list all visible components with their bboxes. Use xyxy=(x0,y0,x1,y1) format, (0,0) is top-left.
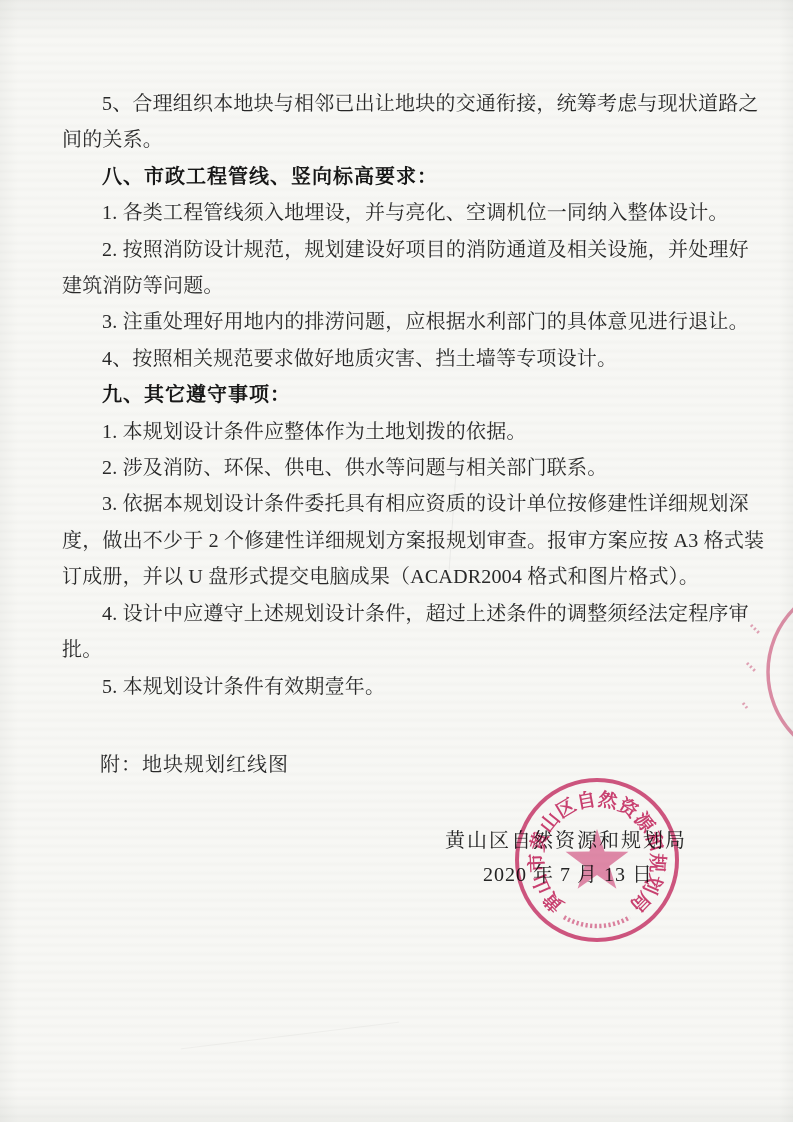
document-body: 5、合理组织本地块与相邻已出让地块的交通衔接，统筹考虑与现状道路之间的关系。八、… xyxy=(62,86,738,705)
seal-ring-char: 市 xyxy=(525,853,549,873)
edge-seal-marks xyxy=(743,625,759,708)
document-line: 3. 依据本规划设计条件委托具有相应资质的设计单位按修建性详细规划深 xyxy=(62,486,738,522)
document-line: 5、合理组织本地块与相邻已出让地块的交通衔接，统筹考虑与现状道路之 xyxy=(62,86,738,122)
document-line: 1. 各类工程管线须入地埋设，并与亮化、空调机位一同纳入整体设计。 xyxy=(62,195,738,231)
document-line: 批。 xyxy=(62,632,738,668)
partial-edge-seal xyxy=(735,575,793,770)
document-line: 间的关系。 xyxy=(62,122,738,158)
document-line: 订成册，并以 U 盘形式提交电脑成果（ACADR2004 格式和图片格式）。 xyxy=(62,559,738,595)
document-line: 2. 涉及消防、环保、供电、供水等问题与相关部门联系。 xyxy=(62,450,738,486)
official-seal: 黄山市黄山区自然资源和规划局 xyxy=(509,772,685,948)
seal-ring-char: 自 xyxy=(575,787,598,813)
scan-crease xyxy=(181,1022,399,1050)
document-line: 4. 设计中应遵守上述规划设计条件，超过上述条件的调整须经法定程序审 xyxy=(62,596,738,632)
document-line: 九、其它遵守事项： xyxy=(62,377,738,413)
document-line: 5. 本规划设计条件有效期壹年。 xyxy=(62,669,738,705)
seal-serial-marks xyxy=(564,917,630,926)
document-line: 度，做出不少于 2 个修建性详细规划方案报规划审查。报审方案应按 A3 格式装 xyxy=(62,523,738,559)
document-line: 2. 按照消防设计规范，规划建设好项目的消防通道及相关设施，并处理好 xyxy=(62,232,738,268)
document-line: 八、市政工程管线、竖向标高要求： xyxy=(62,159,738,195)
seal-ring-char: 规 xyxy=(645,853,669,873)
attachment-line: 附：地块规划红线图 xyxy=(100,748,289,777)
document-line: 3. 注重处理好用地内的排涝问题，应根据水利部门的具体意见进行退让。 xyxy=(62,304,738,340)
star-icon xyxy=(566,829,629,889)
document-line: 4、按照相关规范要求做好地质灾害、挡土墙等专项设计。 xyxy=(62,341,738,377)
document-line: 建筑消防等问题。 xyxy=(62,268,738,304)
document-line: 1. 本规划设计条件应整体作为土地划拨的依据。 xyxy=(62,414,738,450)
edge-seal-ring xyxy=(768,582,793,762)
